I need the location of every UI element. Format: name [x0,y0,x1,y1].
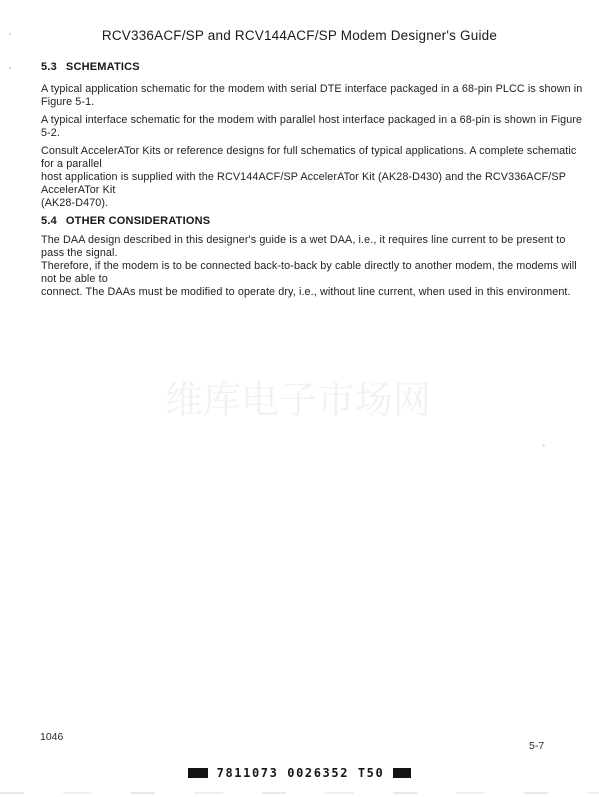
paragraph-daa-design: The DAA design described in this designe… [41,234,589,299]
section-heading-other-considerations: 5.4OTHER CONSIDERATIONS [41,215,589,227]
scan-speck [9,33,11,35]
document-body: 5.3SCHEMATICS A typical application sche… [41,61,589,304]
watermark-text: 维库电子市场网 [165,369,445,424]
section-title: OTHER CONSIDERATIONS [66,215,210,227]
scan-edge-noise [0,792,599,794]
barcode-number: 7811073 0026352 T50 [217,766,385,780]
paragraph-schematic-parallel: A typical interface schematic for the mo… [41,114,589,140]
section-number: 5.4 [41,215,57,227]
section-heading-schematics: 5.3SCHEMATICS [41,61,589,73]
scan-speck [542,444,545,447]
document-page: 维库电子市场网 RCV336ACF/SP and RCV144ACF/SP Mo… [0,0,599,797]
scan-speck [9,67,11,69]
footer-page-number: 5-7 [529,740,544,752]
paragraph-accelerator-kits: Consult AccelerATor Kits or reference de… [41,145,589,210]
barcode-end-mark [393,768,411,778]
page-title: RCV336ACF/SP and RCV144ACF/SP Modem Desi… [0,28,599,43]
section-number: 5.3 [41,61,57,73]
barcode-start-mark [188,768,208,778]
footer-document-number: 1046 [40,731,63,743]
paragraph-schematic-serial: A typical application schematic for the … [41,83,589,109]
barcode-row: 7811073 0026352 T50 [0,766,599,780]
section-title: SCHEMATICS [66,61,140,73]
